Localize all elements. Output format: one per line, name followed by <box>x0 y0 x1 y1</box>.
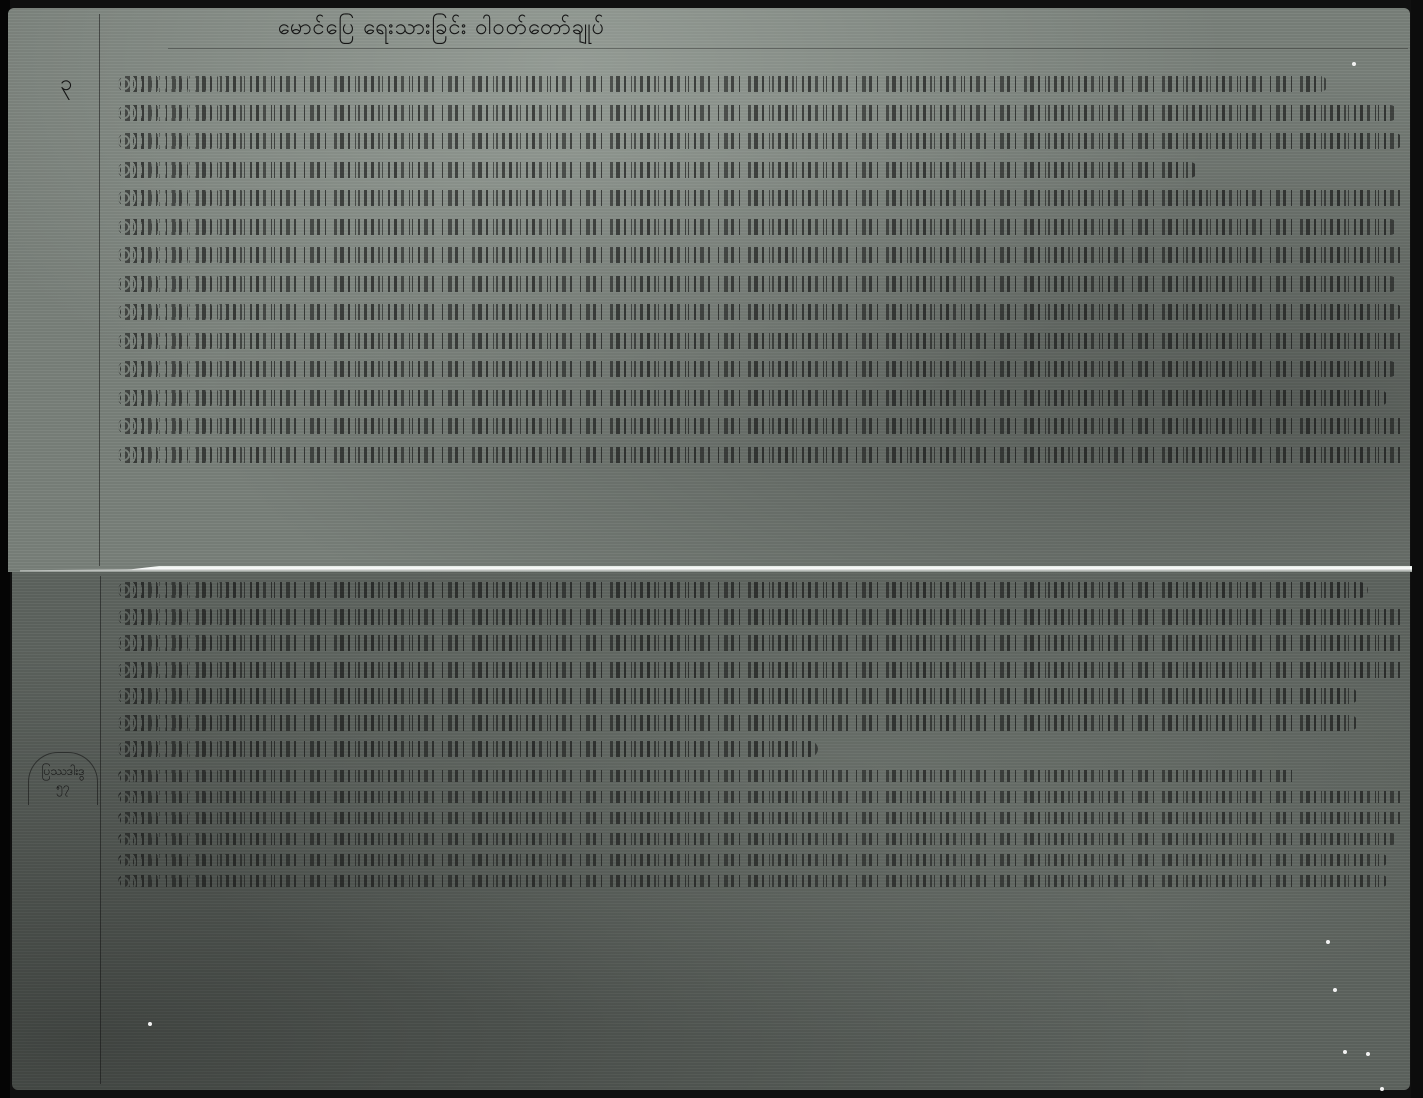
header-title: မောင်ပြေ ရေးသားခြင်း ဝါဝတ်တော်ချုပ် <box>278 12 605 46</box>
folio-label: ပြဿဒါးဒွ ၅၇ <box>28 752 98 805</box>
manuscript-line: ကြိုကြ မြင် ဂါ သဲ ရွှေ ငြိ၊ ကော ယ ဗ ဂါ က… <box>118 327 1408 356</box>
manuscript-line: ဖြိမိ တ သ ရှ ကျ ပ ပ ပြိ ပ ပ ဂ ဂ ပ လ ပ ဂ … <box>118 762 1408 783</box>
manuscript-line: သဲ့အရုပ် ကျ မိ ဂါ မြော် ကား ဆော ရ မ ကျ ဂ… <box>118 412 1408 441</box>
paper-speck <box>1326 940 1330 944</box>
page-number: ၃ <box>60 68 72 101</box>
manuscript-line: မှန် ကြာ နိ ဂါ သ ည် ၊ ကျ မ ပ ပ လော မ ည် … <box>118 603 1408 630</box>
manuscript-line: ရှေးနိမြဲ ဂါလ တည်ကျိ၊ အဟ်ငါမီ မှည့်လည်း … <box>118 127 1408 156</box>
manuscript-line: လက်ကား ပုဒ် တွင် ဂါ သ ဂ ရ ဂ ပ ဂ ဂ ပ ဂ ပ … <box>118 709 1408 736</box>
manuscript-line: ယင်လိုက်လှိုးကြ မသ လွှ ငြိ၊ ဝကျ တိုင် ငြ… <box>118 241 1408 270</box>
manuscript-line: လောကတိုင်းနတ်၊ ငါးယာ ရေမြေတော်ဖြင့် အမှတ… <box>118 70 1408 99</box>
bottom-margin-line <box>100 576 101 1084</box>
manuscript-line: နမိလ ဂါလ ဆော် ကျော်တော် အလွန် သည်းကျိ၊ မ… <box>118 156 1408 185</box>
paper-speck <box>1380 1087 1384 1091</box>
folio-label-text: ပြဿဒါးဒွ <box>41 763 84 779</box>
manuscript-line: ဘ ဝ ယ ဂ ယ ဝ ဂ ဂ ပ ပ ပြ ဂ ပ ဂ ပ ပ ဂ ပ ပ ဂ… <box>118 783 1408 804</box>
manuscript-line: သ ဝ ဂ က ဝ ဘ ဂ ဂ ပ ပ ဂ ပ ပ ဂ ပ ဂ ပ ပ ဂ ပ … <box>118 804 1408 825</box>
paper-speck <box>1352 62 1356 66</box>
right-shadow-edge <box>1411 0 1423 1098</box>
manuscript-line: ပညာ တိုင်ရှု နှင့် ဝံ သယ် ၊ ဂ ဝ ဗြ ဝ ကြ … <box>118 576 1408 603</box>
manuscript-line: ဥ တိ ယ ပ ဂ ဝ ဂ ပ ဂ ပ ပ ဂ ပ ပ ဂ ပ ပ ဂ ပ ဂ… <box>118 825 1408 846</box>
top-margin-line <box>99 14 100 566</box>
manuscript-line: သ ယ ဂ ကြ ဂ ၊ ရှေး ဘ ကျ ဝ ပ ဂ ပ ပ ဂ ပ ဝ ဂ… <box>118 682 1408 709</box>
header-rule <box>168 48 1408 49</box>
bottom-leaf-text: ပညာ တိုင်ရှု နှင့် ဝံ သယ် ၊ ဂ ဝ ဗြ ဝ ကြ … <box>118 576 1408 888</box>
manuscript-line: ဘ လ ယ မ ဗ ဘော ရ ဒ သ တို ငြိ ပ ဆ ပ ဘုရား … <box>118 355 1408 384</box>
manuscript-line: ကဏ္ဍ ကျဲ ဂါ ငြိ သော လမ္ဘ မ ပ ပ က လ ပ ပ ဝ… <box>118 270 1408 299</box>
manuscript-line: ဒုစ်ဆိုမြ ပိ ငြိ ပြိ၊ သောတ နိုမြ ဆည်း ငြ… <box>118 298 1408 327</box>
paper-speck <box>1366 1052 1370 1056</box>
manuscript-photo: မောင်ပြေ ရေးသားခြင်း ဝါဝတ်တော်ချုပ် ၃ ပြ… <box>0 0 1423 1098</box>
manuscript-line: ဘ လ ယ မ ဗ ဘော ရ ဝ သ ဝ ဂ ဗ ဂ ၊ ဝ ဂ ကျ ပ ပ… <box>118 384 1408 413</box>
fold-crease <box>20 566 1412 572</box>
manuscript-line: ဂ ကျ ဂ ဂ ပ ဂ ၊ ကျ မ ပ တ ဂ ပ လ ပ ပ ပြ ကြ … <box>118 656 1408 683</box>
folio-label-number: ၅၇ <box>56 779 70 795</box>
manuscript-line: ဝ သဲ့ ကျ မြ ဂါ မြ ပ ပ ယ် ဂါ ၊ ဂ ကျ ပ မြ … <box>118 441 1408 470</box>
manuscript-line: ဘ ဂ ယ ဂ ဂ ပ ပ ဂ ပ ဂ ပ ဂ ပ ပ ဂ ပ ပ ဂ ပ ပ … <box>118 846 1408 867</box>
manuscript-line: တ ပ ဝ ဂ ပ ဂ ပ ဂ ပ ပ ဂ ပ ဂ ပ ဂ ပ ပ ဂ ပ ပ … <box>118 867 1408 888</box>
manuscript-line: ကျမ်းရိုး ပြိ ဂ ဒ ဂ ဂ နိဒါန်း ဝ ထော ငြိ … <box>118 735 1408 762</box>
manuscript-line: ထိုးသမြင် ငြို့ ငြိ ပြိ ဝတ်၊ ကျော် မဂ်ျ … <box>118 213 1408 242</box>
paper-speck <box>1333 988 1337 992</box>
manuscript-line: သီမ်နိမိတ် ဝယ်သွော ဥသ၊ သဲခုနှစ် တိုင် ရန… <box>118 99 1408 128</box>
manuscript-line: ပြော ကြ တ ဂ ပ ပ ကြ သ ဂ ဝ ပ ပြ ပ ပ ဝ ကြ ၊… <box>118 629 1408 656</box>
paper-speck <box>1343 1050 1347 1054</box>
paper-speck <box>148 1022 152 1026</box>
manuscript-line: သုံးဆင့် နွှမ်း ဆော် ငါး ခံကိုယ် ပ တိုက်… <box>118 184 1408 213</box>
top-leaf-text: လောကတိုင်းနတ်၊ ငါးယာ ရေမြေတော်ဖြင့် အမှတ… <box>118 70 1408 469</box>
